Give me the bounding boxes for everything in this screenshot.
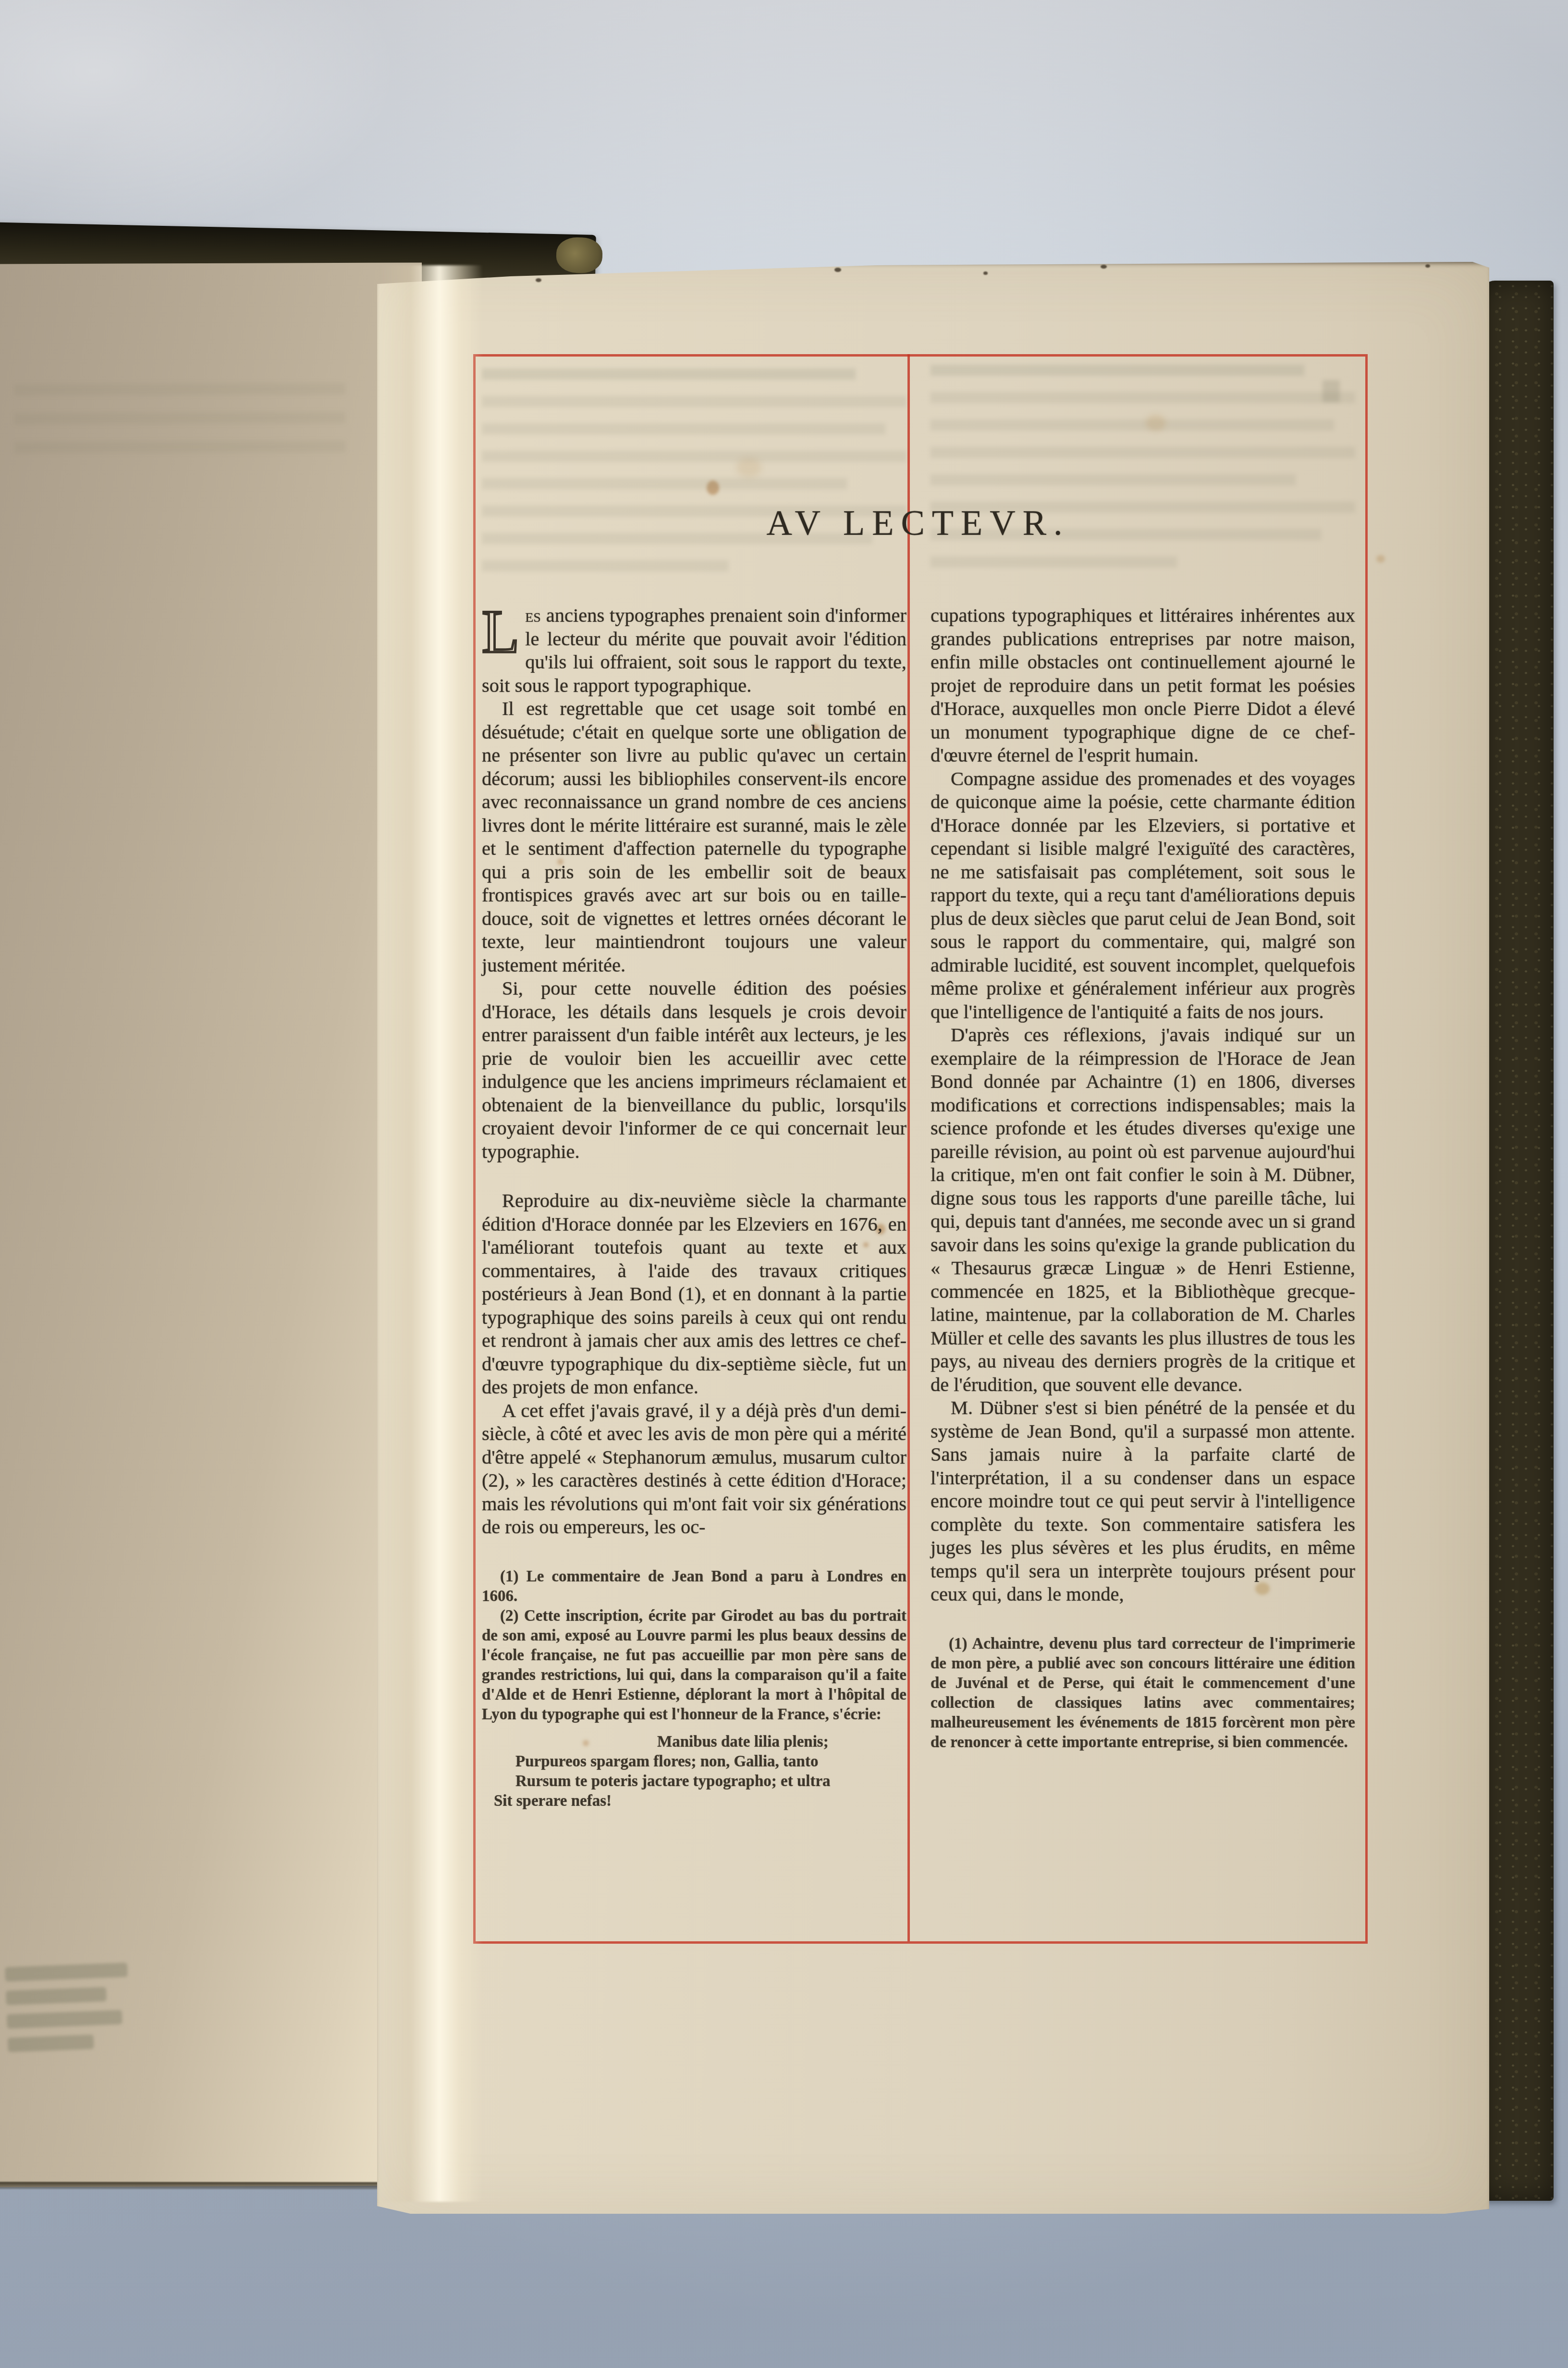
left-column: Les anciens typographes prenaient soin d… bbox=[482, 604, 906, 1811]
footnote: (1) Achaintre, devenu plus tard correcte… bbox=[931, 1634, 1355, 1752]
footnotes-block: (1) Achaintre, devenu plus tard correcte… bbox=[931, 1634, 1355, 1752]
footnote: (2) Cette inscription, écrite par Girode… bbox=[482, 1606, 906, 1725]
verse-line: Manibus date lilia plenis; bbox=[515, 1732, 906, 1752]
paragraph-continuation: cupations typographiques et littéraires … bbox=[931, 604, 1355, 767]
column-divider-rule bbox=[907, 354, 910, 1941]
left-page-verso bbox=[0, 262, 429, 2187]
right-page-recto: AV LECTEVR. Les anciens typographes pren… bbox=[377, 262, 1489, 2214]
book-cover-right-edge bbox=[1481, 281, 1554, 2201]
verse-line: Purpureos spargam flores; non, Gallia, t… bbox=[515, 1752, 906, 1772]
paragraph-text: anciens typographes prenaient soin d'inf… bbox=[482, 604, 906, 696]
latin-verse: Manibus date lilia plenis; Purpureos spa… bbox=[515, 1732, 906, 1811]
page-title: AV LECTEVR. bbox=[473, 503, 1363, 544]
paragraph: Compagne assidue des promenades et des v… bbox=[931, 767, 1355, 1024]
paragraph: Il est regrettable que cet usage soit to… bbox=[482, 697, 906, 977]
page-edge-speck bbox=[983, 271, 988, 275]
footnotes-block: (1) Le commentaire de Jean Bond a paru à… bbox=[482, 1567, 906, 1811]
paragraph: D'après ces réflexions, j'avais indiqué … bbox=[931, 1024, 1355, 1396]
drop-cap-letter: L bbox=[482, 604, 525, 655]
page-edge-speck bbox=[834, 268, 841, 272]
paragraph: Reproduire au dix-neuvième siècle la cha… bbox=[482, 1189, 906, 1399]
page-edge-speck bbox=[1425, 264, 1430, 268]
paragraph: M. Dübner s'est si bien pénétré de la pe… bbox=[931, 1396, 1355, 1606]
paragraph-opening: Les anciens typographes prenaient soin d… bbox=[482, 604, 906, 697]
foxing-stain bbox=[1376, 555, 1385, 563]
verse-line: Sit sperare nefas! bbox=[494, 1791, 906, 1811]
footnote: (1) Le commentaire de Jean Bond a paru à… bbox=[482, 1567, 906, 1606]
small-caps: es bbox=[525, 604, 541, 626]
page-edge-speck bbox=[536, 278, 541, 282]
paragraph: Si, pour cette nouvelle édition des poés… bbox=[482, 977, 906, 1163]
verso-bleedthrough-block bbox=[5, 1962, 131, 2061]
verse-line: Rursum te poteris jactare typographo; et… bbox=[515, 1772, 906, 1791]
right-column: cupations typographiques et littéraires … bbox=[931, 604, 1355, 1752]
paragraph: A cet effet j'avais gravé, il y a déjà p… bbox=[482, 1399, 906, 1539]
verso-bleedthrough-lines bbox=[14, 383, 346, 470]
photo-backdrop: AV LECTEVR. Les anciens typographes pren… bbox=[0, 0, 1568, 2368]
page-edge-speck bbox=[1101, 265, 1107, 269]
